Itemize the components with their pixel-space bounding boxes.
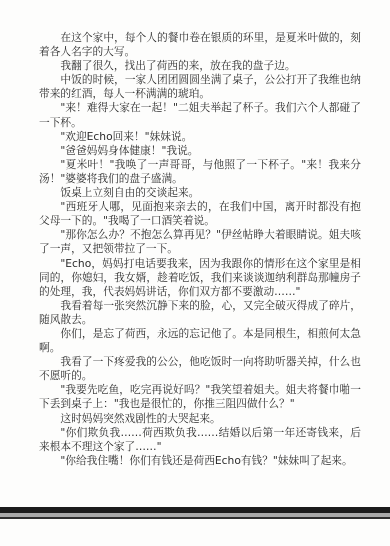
paragraph: "爸爸妈妈身体健康！"我说。 [39,144,361,158]
paragraph: 饭桌上立刻自由的交谈起来。 [39,186,361,200]
page-bottom-edge-thin-line [0,517,390,519]
text-block: 在这个家中，每个人的餐巾卷在银质的环里，是夏米叶做的，刻着各人名字的大写。我翻了… [39,31,361,468]
paragraph: "Echo，妈妈打电话要我来，因为我跟你的情形在这个家里是相同的，你媳妇，我女婿… [39,257,361,299]
paragraph: "欢迎Echo回来！"妹妹说。 [39,130,361,144]
paragraph: 我看了一下疼爱我的公公，他吃饭时一向将助听器关掉，什么也不愿听的。 [39,355,361,383]
paragraph: "你给我住嘴！你们有钱还是荷西Echo有钱？"妹妹叫了起来。 [39,454,361,468]
paragraph: "西班牙人哪，见面抱来亲去的，在我们中国，离开时都没有抱父母一下的。"我喝了一口… [39,200,361,228]
paragraph: "来！难得大家在一起！"二姐夫举起了杯子。我们六个人都碰了一下杯。 [39,101,361,129]
paragraph: 中饭的时候，一家人团团圆圆坐满了桌子，公公打开了我维也纳带来的红酒，每人一杯满满… [39,73,361,101]
paragraph: 我翻了很久，找出了荷西的来，放在我的盘子边。 [39,59,361,73]
paragraph: "那你怎么办？不抱怎么算再见？"伊丝帖睁大着眼睛说。姐夫咳了一声，又把领带拉了一… [39,228,361,256]
book-page: 在这个家中，每个人的餐巾卷在银质的环里，是夏米叶做的，刻着各人名字的大写。我翻了… [0,0,390,546]
paragraph: "夏米叶！"我唤了一声哥哥，与他照了一下杯子。"来！我来分汤！"婆婆将我们的盘子… [39,158,361,186]
paragraph: 我看着每一张突然沉静下来的脸，心，又完全破灭得成了碎片，随风散去。 [39,299,361,327]
paragraph: "我要先吃鱼，吃完再说好吗？"我笑望着姐夫。姐夫将餐巾啪一下丢到桌子上："我也是… [39,383,361,411]
paragraph: "你们欺负我……荷西欺负我……结婚以后第一年还寄钱来，后来根本不理这个家了……" [39,426,361,454]
paragraph: 在这个家中，每个人的餐巾卷在银质的环里，是夏米叶做的，刻着各人名字的大写。 [39,31,361,59]
paragraph: 这时妈妈突然戏剧性的大哭起来。 [39,412,361,426]
paragraph: 你们，是忘了荷西，永远的忘记他了。本是同根生，相煎何太急啊。 [39,327,361,355]
